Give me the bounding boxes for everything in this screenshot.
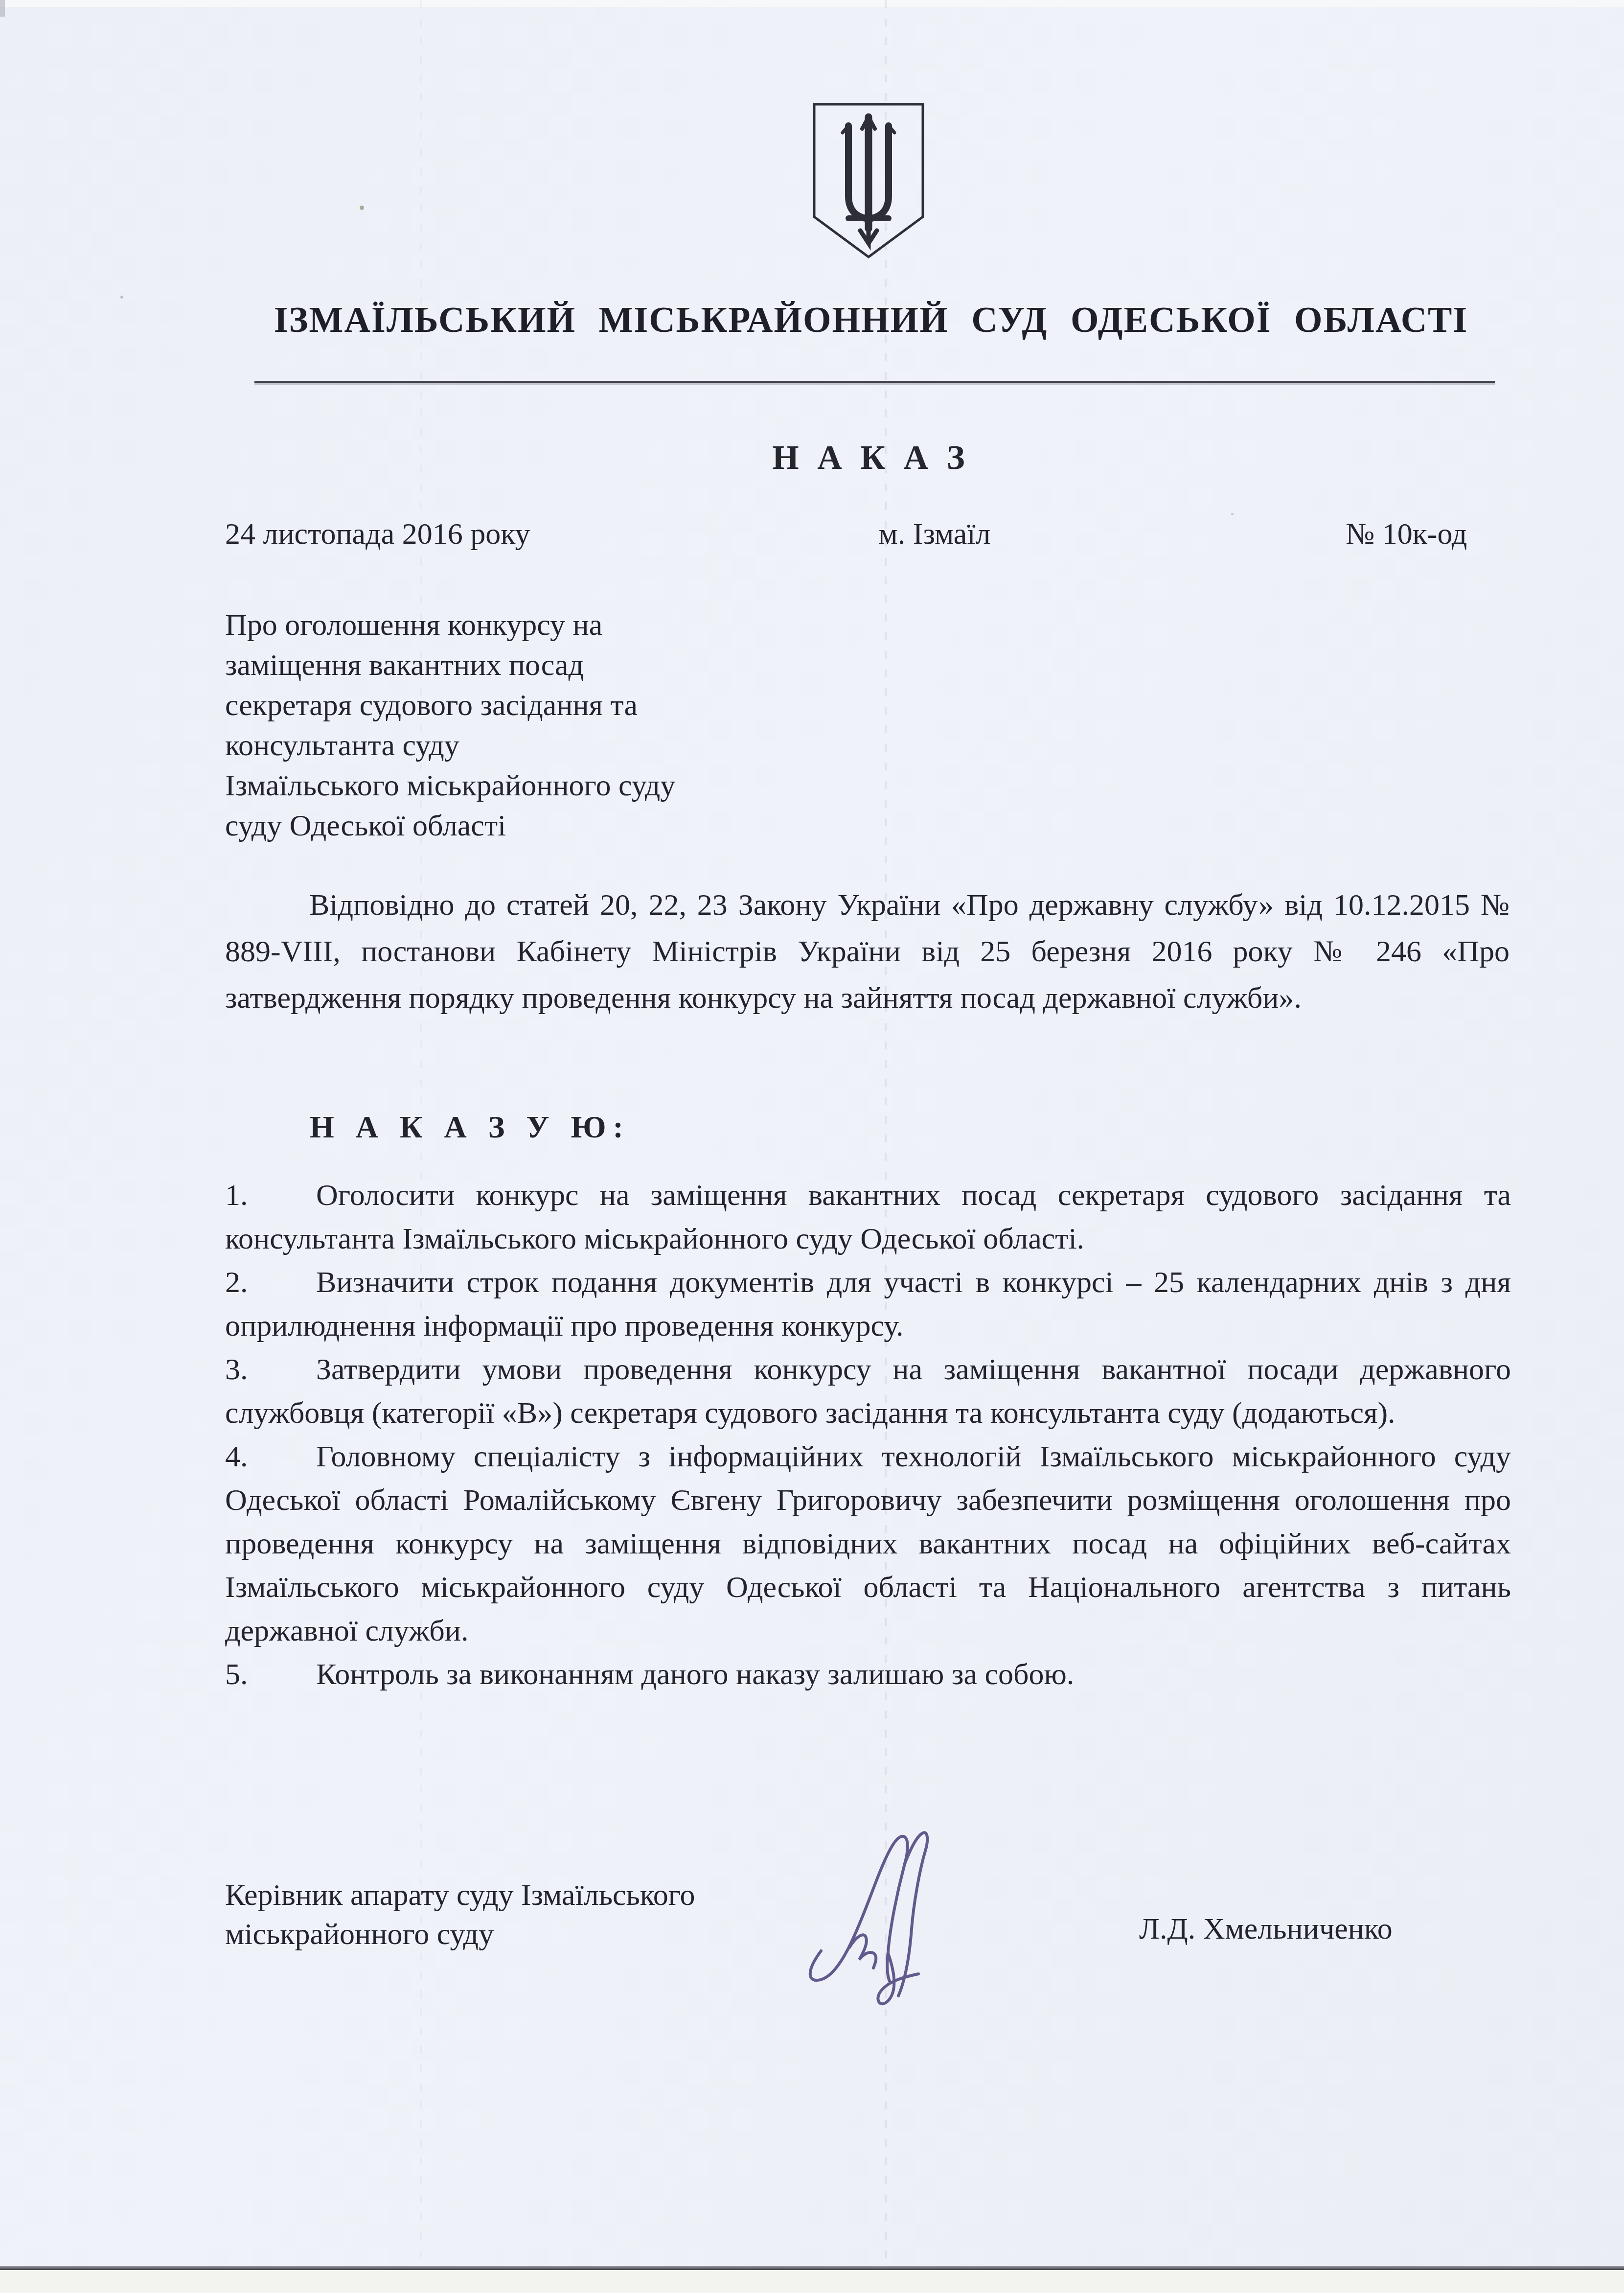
court-name-title: ІЗМАЇЛЬСЬКИЙ МІСЬКРАЙОННИЙ СУД ОДЕСЬКОЇ … xyxy=(166,300,1576,341)
subject-line: заміщення вакантних посад xyxy=(225,645,842,685)
scanned-order-document: ІЗМАЇЛЬСЬКИЙ МІСЬКРАЙОННИЙ СУД ОДЕСЬКОЇ … xyxy=(0,0,1624,2293)
item-number: 2. xyxy=(225,1261,316,1304)
order-item: 3.Затвердити умови проведення конкурсу н… xyxy=(225,1348,1511,1435)
item-number: 5. xyxy=(225,1653,316,1696)
order-items: 1.Оголосити конкурс на заміщення вакантн… xyxy=(225,1174,1511,1696)
item-text: Головному спеціалісту з інформаційних те… xyxy=(225,1440,1511,1647)
order-item: 4.Головному спеціалісту з інформаційних … xyxy=(225,1435,1511,1653)
subject-line: Про оголошення конкурсу на xyxy=(225,605,842,645)
handwritten-signature xyxy=(792,1829,1046,2010)
item-text: Визначити строк подання документів для у… xyxy=(225,1266,1511,1343)
signer-name: Л.Д. Хмельниченко xyxy=(1139,1912,1393,1946)
header-divider xyxy=(254,381,1495,383)
order-verb-heading: Н А К А З У Ю: xyxy=(310,1109,630,1145)
document-type-heading: Н А К А З xyxy=(166,439,1576,478)
order-item: 2.Визначити строк подання документів для… xyxy=(225,1261,1511,1348)
signer-position-line: міськрайонного суду xyxy=(225,1915,837,1954)
scan-edge-bottom-strip xyxy=(0,2270,1624,2293)
scan-speck xyxy=(360,206,364,210)
scan-corner-mark xyxy=(0,0,5,17)
scan-speck xyxy=(120,296,123,299)
item-text: Затвердити умови проведення конкурсу на … xyxy=(225,1353,1511,1430)
ukraine-trident-shield-icon xyxy=(807,100,930,262)
order-subject: Про оголошення конкурсу на заміщення вак… xyxy=(225,605,842,846)
scan-speck xyxy=(1231,513,1234,515)
item-text: Контроль за виконанням даного наказу зал… xyxy=(316,1658,1074,1691)
scan-edge-bottom xyxy=(0,2266,1624,2270)
subject-line: консультанта суду xyxy=(225,725,842,765)
subject-line: суду Одеської області xyxy=(225,806,842,846)
order-place: м. Ізмаїл xyxy=(832,517,1037,552)
item-number: 3. xyxy=(225,1348,316,1391)
item-text: Оголосити конкурс на заміщення вакантних… xyxy=(225,1179,1511,1255)
item-number: 1. xyxy=(225,1174,316,1217)
signer-position: Керівник апарату суду Ізмаїльського місь… xyxy=(225,1876,837,1954)
item-number: 4. xyxy=(225,1435,316,1479)
preamble-paragraph: Відповідно до статей 20, 22, 23 Закону У… xyxy=(225,882,1510,1021)
scan-edge-top xyxy=(0,0,1624,7)
signer-position-line: Керівник апарату суду Ізмаїльського xyxy=(225,1876,837,1915)
order-item: 1.Оголосити конкурс на заміщення вакантн… xyxy=(225,1174,1511,1261)
subject-line: Ізмаїльського міськрайонного суду xyxy=(225,765,842,806)
order-date: 24 листопада 2016 року xyxy=(225,517,530,552)
order-number: № 10к-од xyxy=(1346,517,1497,552)
subject-line: секретаря судового засідання та xyxy=(225,685,842,725)
order-item: 5.Контроль за виконанням даного наказу з… xyxy=(225,1653,1511,1696)
